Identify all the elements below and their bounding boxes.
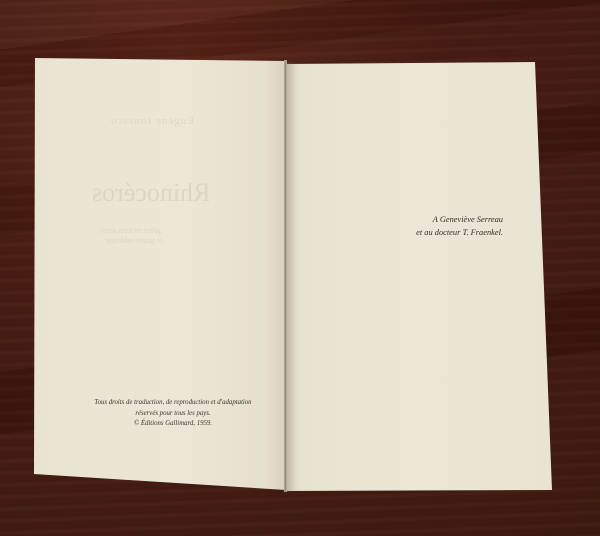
rights-notice: Tous droits de traduction, de reproducti… [62,398,284,430]
show-through-subtitle-1: pièce en trois actes [100,226,161,235]
show-through-title: Rhinocéros [92,178,210,208]
copyright-line: © Éditions Gallimard, 1959. [62,419,284,430]
dedication-line-1: A Geneviève Serreau [416,213,503,226]
dedication-line-2: et au docteur T. Fraenkel. [416,226,503,239]
rights-line-2: réservés pour tous les pays. [62,409,284,420]
book-spine-gutter [284,60,287,492]
gutter-shadow [287,62,297,492]
rights-line-1: Tous droits de traduction, de reproducti… [62,398,284,409]
show-through-subtitle-2: et quatre tableaux [106,236,163,245]
right-page [285,62,553,492]
dedication: A Geneviève Serreau et au docteur T. Fra… [416,213,503,239]
show-through-author: Eugène Ionesco [110,115,194,127]
